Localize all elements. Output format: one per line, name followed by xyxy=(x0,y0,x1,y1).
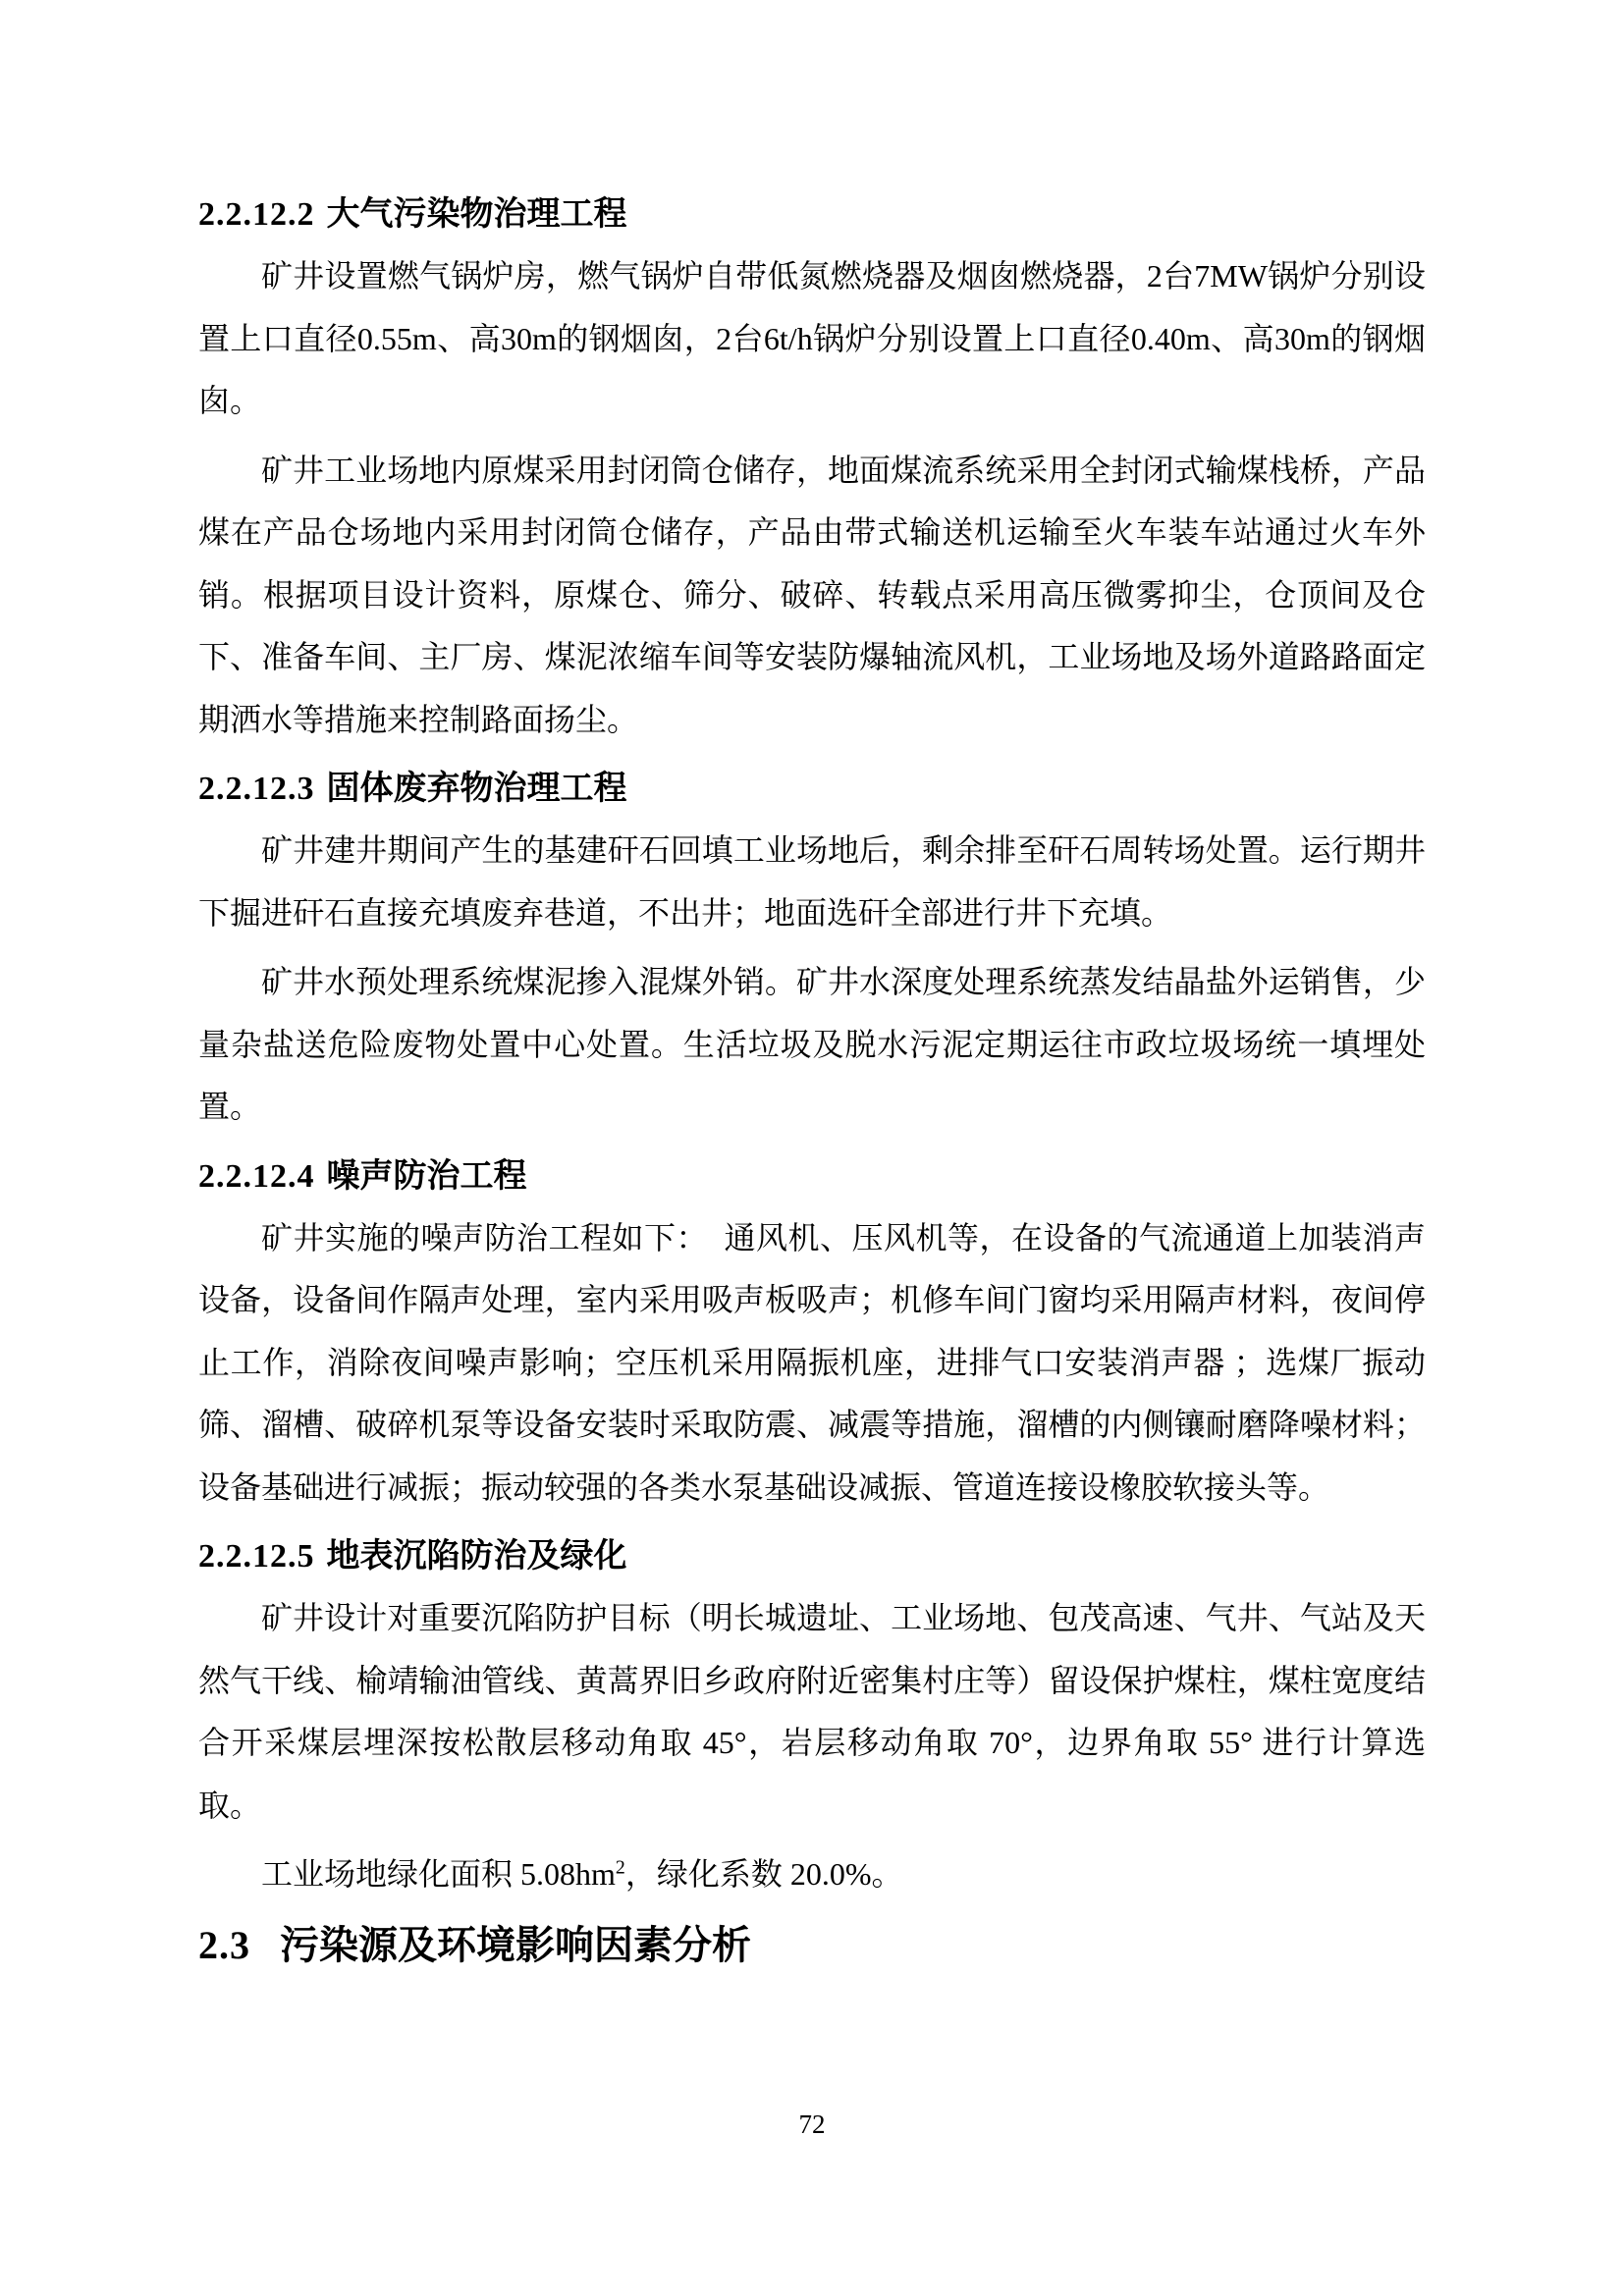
superscript-2: 2 xyxy=(616,1856,625,1878)
paragraph-greening-area: 工业场地绿化面积 5.08hm2，绿化系数 20.0%。 xyxy=(198,1843,1426,1906)
section-title: 地表沉陷防治及绿化 xyxy=(327,1537,627,1575)
chapter-title: 污染源及环境影响因素分析 xyxy=(280,1924,751,1967)
chapter-heading-pollution-sources-analysis: 2.3污染源及环境影响因素分析 xyxy=(198,1914,1426,1977)
section-number: 2.2.12.5 xyxy=(198,1538,315,1575)
section-number: 2.2.12.2 xyxy=(198,196,315,233)
page-footer: 72 xyxy=(0,2109,1624,2140)
paragraph-boilers: 矿井设置燃气锅炉房，燃气锅炉自带低氮燃烧器及烟囱燃烧器，2台7MW锅炉分别设置上… xyxy=(198,245,1426,433)
section-title: 大气污染物治理工程 xyxy=(327,195,627,233)
paragraph-water-sludge-waste: 矿井水预处理系统煤泥掺入混煤外销。矿井水深度处理系统蒸发结晶盐外运销售，少量杂盐… xyxy=(198,951,1426,1139)
page-number: 72 xyxy=(799,2109,826,2139)
section-number: 2.2.12.3 xyxy=(198,771,315,807)
document-page: 2.2.12.2大气污染物治理工程 矿井设置燃气锅炉房，燃气锅炉自带低氮燃烧器及… xyxy=(0,0,1624,2296)
paragraph-coal-storage-dust: 矿井工业场地内原煤采用封闭筒仓储存，地面煤流系统采用全封闭式输煤栈桥，产品煤在产… xyxy=(198,440,1426,752)
paragraph-noise-measures: 矿井实施的噪声防治工程如下： 通风机、压风机等，在设备的气流通道上加装消声设备，… xyxy=(198,1207,1426,1520)
section-heading-solid-waste-control: 2.2.12.3固体废弃物治理工程 xyxy=(198,758,1426,820)
section-heading-subsidence-greening: 2.2.12.5地表沉陷防治及绿化 xyxy=(198,1525,1426,1587)
greening-text-before: 工业场地绿化面积 5.08hm xyxy=(261,1856,616,1892)
section-heading-noise-control: 2.2.12.4噪声防治工程 xyxy=(198,1146,1426,1207)
page-content: 2.2.12.2大气污染物治理工程 矿井设置燃气锅炉房，燃气锅炉自带低氮燃烧器及… xyxy=(0,0,1624,1977)
greening-text-after: ，绿化系数 20.0%。 xyxy=(625,1856,903,1892)
paragraph-gangue-disposal: 矿井建井期间产生的基建矸石回填工业场地后，剩余排至矸石周转场处置。运行期井下掘进… xyxy=(198,820,1426,944)
section-number: 2.2.12.4 xyxy=(198,1158,315,1195)
chapter-number: 2.3 xyxy=(198,1923,250,1967)
section-title: 噪声防治工程 xyxy=(327,1157,527,1195)
paragraph-protection-pillars: 矿井设计对重要沉陷防护目标（明长城遗址、工业场地、包茂高速、气井、气站及天然气干… xyxy=(198,1587,1426,1837)
section-heading-air-pollution-control: 2.2.12.2大气污染物治理工程 xyxy=(198,184,1426,245)
section-title: 固体废弃物治理工程 xyxy=(327,770,627,807)
